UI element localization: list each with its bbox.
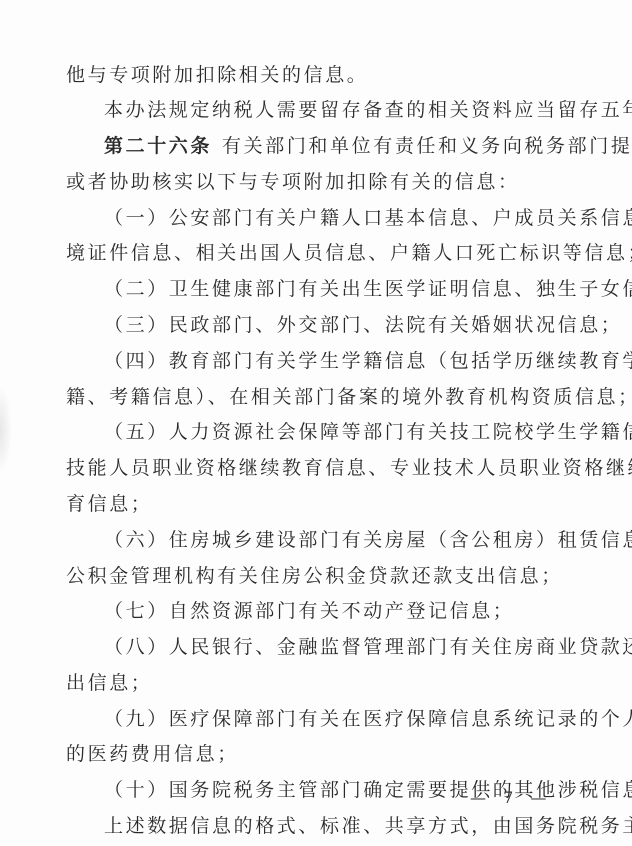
text-line: 本办法规定纳税人需要留存备查的相关资料应当留存五年。 (104, 98, 566, 122)
page-number: — 7 — (470, 788, 552, 807)
text-line: 育信息； (66, 492, 566, 516)
document-page: 他与专项附加扣除相关的信息。 本办法规定纳税人需要留存备查的相关资料应当留存五年… (0, 0, 632, 846)
text-line: 籍、考籍信息）、在相关部门备案的境外教育机构资质信息； (66, 385, 566, 409)
list-item: （四）教育部门有关学生学籍信息（包括学历继续教育学生学 (104, 349, 566, 373)
list-item: （五）人力资源社会保障等部门有关技工院校学生学籍信息、 (104, 420, 566, 444)
text-line: 上述数据信息的格式、标准、共享方式，由国务院税务主管部门 (104, 814, 566, 838)
list-item: （一）公安部门有关户籍人口基本信息、户成员关系信息、出入 (104, 206, 566, 230)
text-line: 境证件信息、相关出国人员信息、户籍人口死亡标识等信息； (66, 241, 566, 265)
list-item: （七）自然资源部门有关不动产登记信息； (104, 599, 566, 623)
list-item: （三）民政部门、外交部门、法院有关婚姻状况信息； (104, 313, 566, 337)
list-item: （二）卫生健康部门有关出生医学证明信息、独生子女信息； (104, 277, 566, 301)
text-line: 出信息； (66, 671, 566, 695)
list-item: （九）医疗保障部门有关在医疗保障信息系统记录的个人负担 (104, 707, 566, 731)
text-line: 有关部门和单位有责任和义务向税务部门提供 (222, 135, 632, 157)
text-line: 公积金管理机构有关住房公积金贷款还款支出信息； (66, 564, 566, 588)
page-edge-shadow (0, 385, 12, 475)
text-line: 技能人员职业资格继续教育信息、专业技术人员职业资格继续教 (66, 456, 566, 480)
text-line: 或者协助核实以下与专项附加扣除有关的信息： (66, 170, 566, 194)
list-item: （六）住房城乡建设部门有关房屋（含公租房）租赁信息、住房 (104, 528, 566, 552)
article-26-line: 第二十六条有关部门和单位有责任和义务向税务部门提供 (104, 134, 566, 158)
article-number: 第二十六条 (104, 135, 212, 157)
text-line: 的医药费用信息； (66, 742, 566, 766)
text-line: 他与专项附加扣除相关的信息。 (66, 63, 566, 87)
list-item: （八）人民银行、金融监督管理部门有关住房商业贷款还款支 (104, 635, 566, 659)
